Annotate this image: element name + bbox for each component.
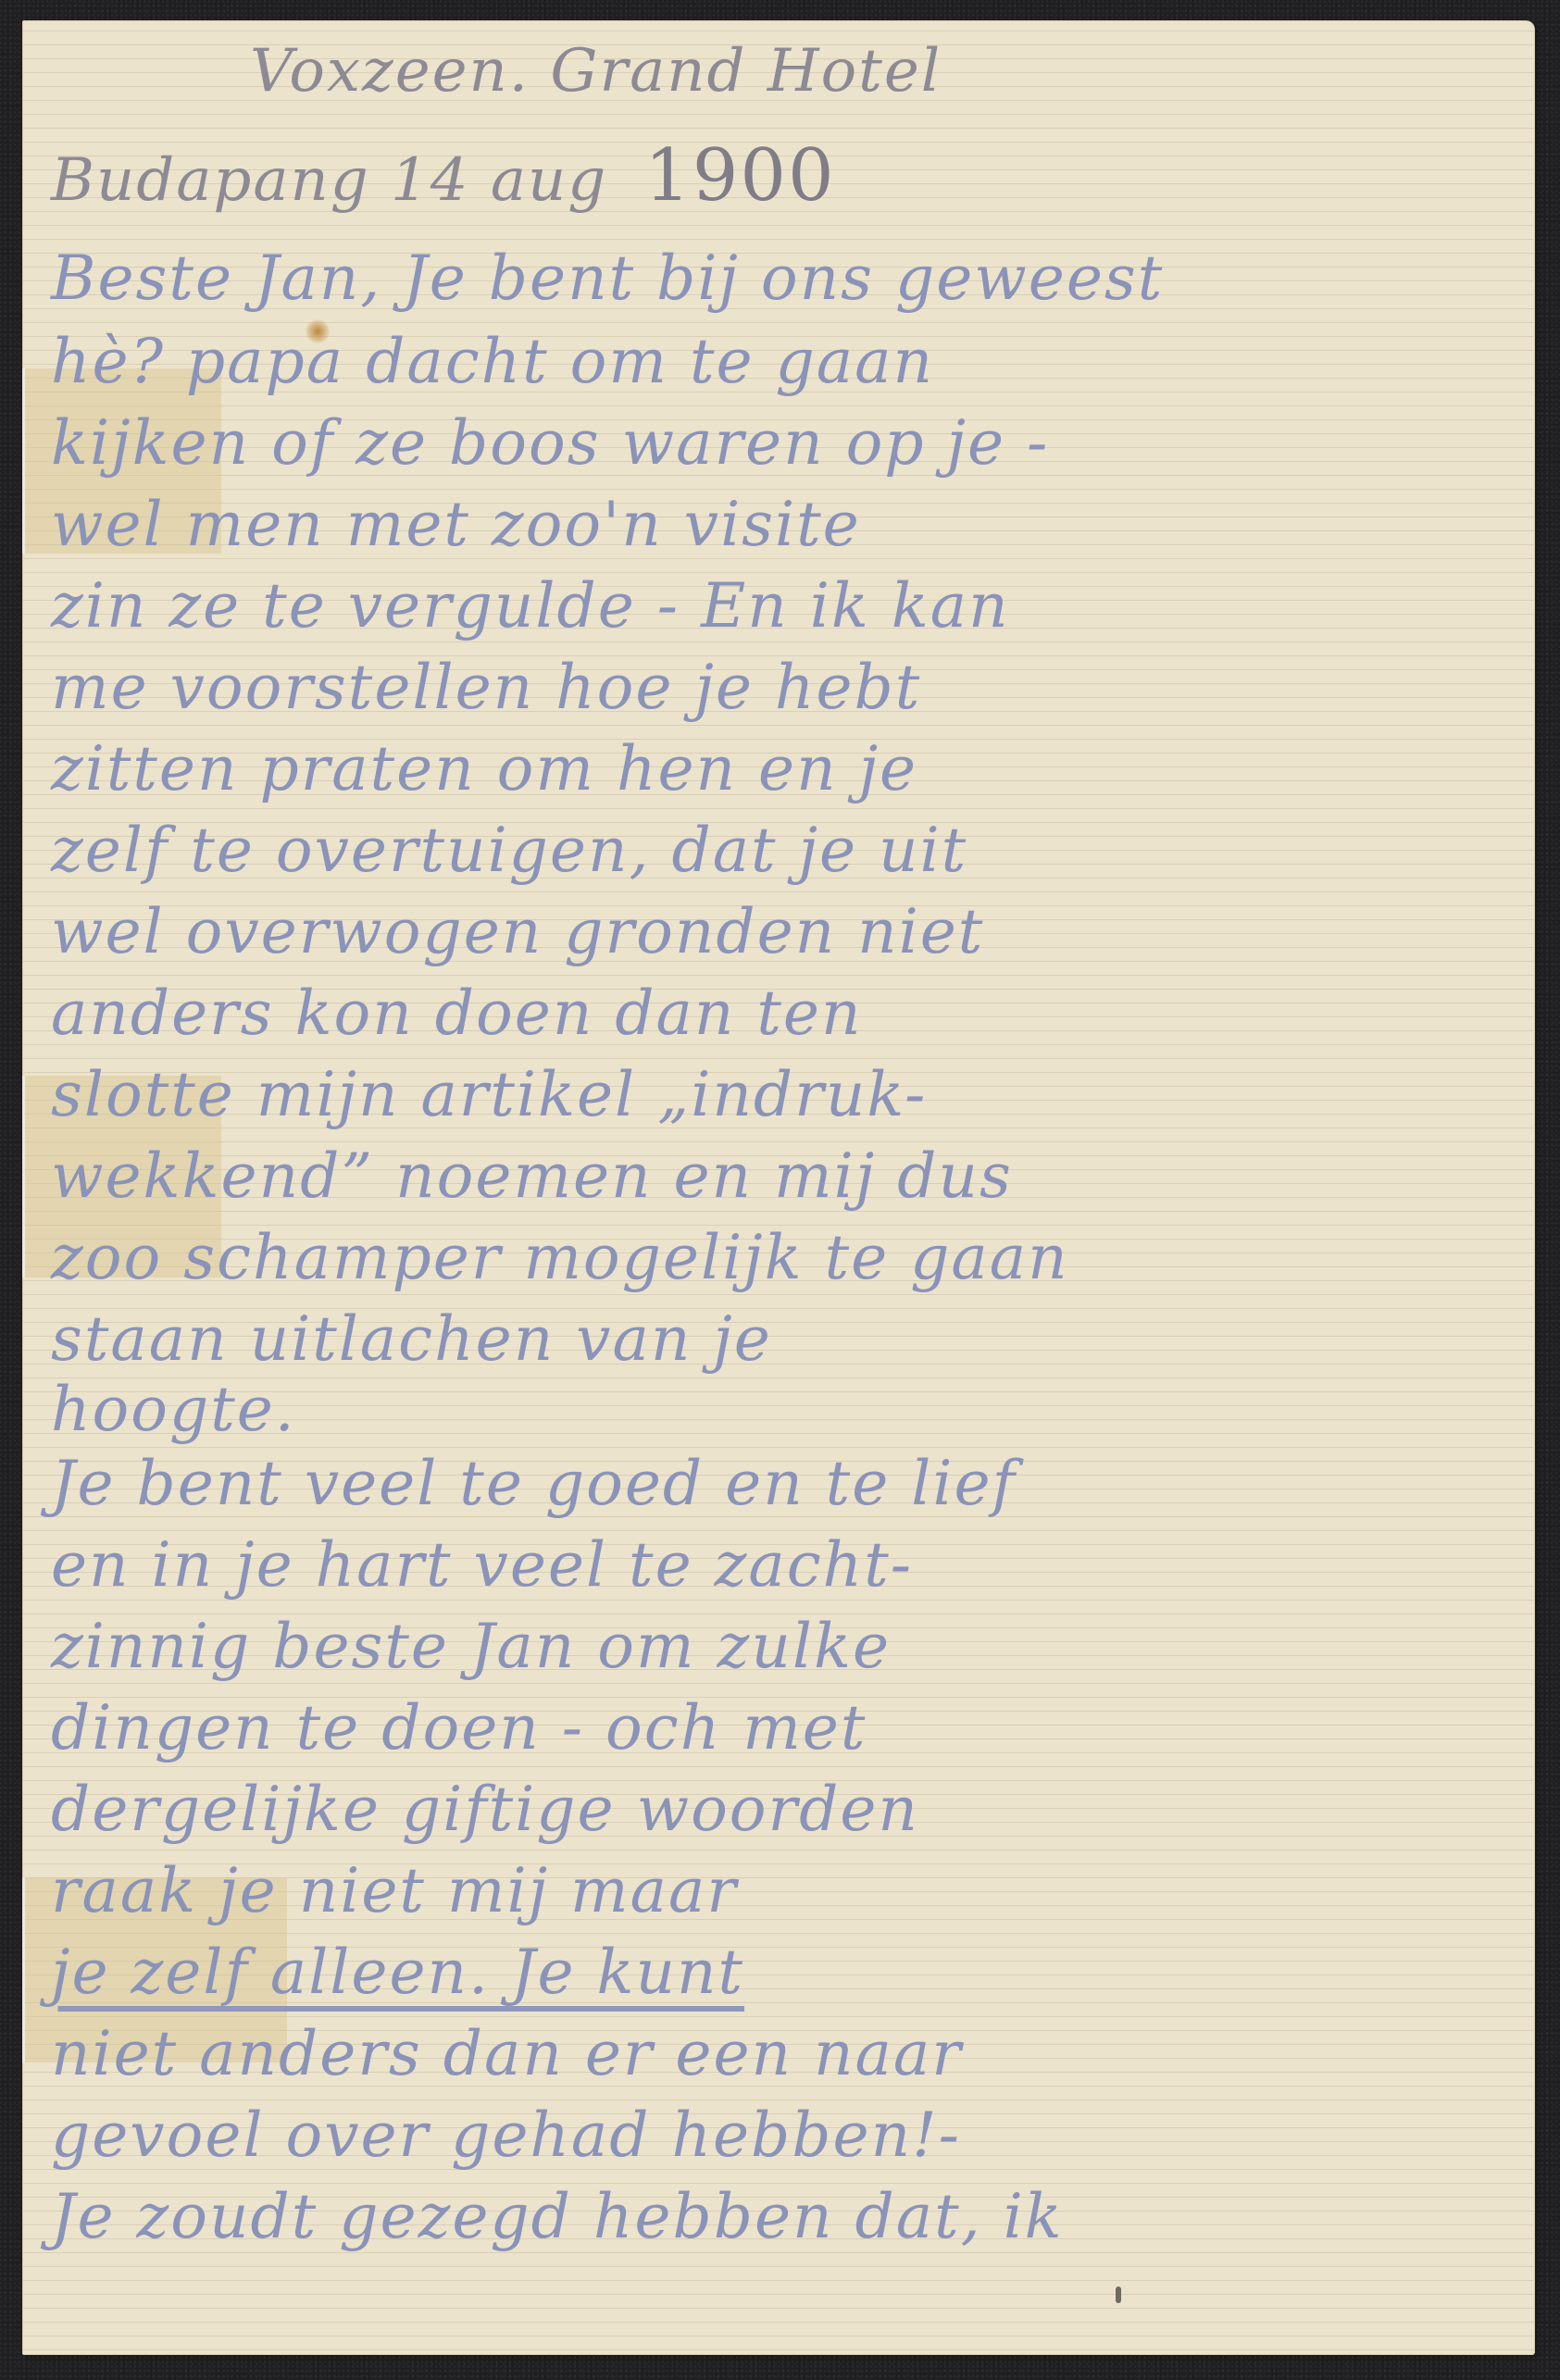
date-line: Budapang 14 aug — [51, 146, 607, 215]
letter-line: zelf te overtuigen, dat je uit — [51, 815, 967, 886]
pin-mark — [1116, 2287, 1121, 2303]
letter-line-text: slotte mijn artikel „indruk- — [51, 1059, 927, 1130]
letter-line: Je bent veel te goed en te lief — [51, 1448, 1017, 1519]
letter-line: gevoel over gehad hebben!- — [51, 2100, 961, 2171]
letter-line: Beste Jan, Je bent bij ons geweest — [51, 243, 1164, 314]
letter-line: zinnig beste Jan om zulke — [51, 1611, 891, 1682]
letter-line: zitten praten om hen en je — [51, 733, 917, 804]
letter-line: zin ze te vergulde - En ik kan — [51, 570, 1010, 642]
letter-line: dergelijke giftige woorden — [51, 1774, 919, 1845]
letter-line: je zelf alleen. Je kunt — [51, 1937, 744, 2008]
letter-line: kijken of ze boos waren op je - — [51, 407, 1049, 479]
letter-line: niet anders dan er een naar — [51, 2018, 963, 2089]
letter-line: wel overwogen gronden niet — [51, 896, 984, 967]
letter-line: en in je hart veel te zacht- — [51, 1529, 913, 1601]
letter-line: slotte mijn artikel „indruk- — [51, 1059, 927, 1130]
letter-line: zoo schamper mogelijk te gaan — [51, 1222, 1069, 1293]
letter-line: dingen te doen - och met — [51, 1692, 867, 1763]
letter-line: anders kon doen dan ten — [51, 978, 862, 1049]
letter-header-place: Voxzeen. Grand Hotel — [250, 37, 942, 106]
letter-line: staan uitlachen van je — [51, 1303, 772, 1375]
letter-line: Je zoudt gezegd hebben dat, ik — [51, 2181, 1064, 2252]
letter-line: hè? papa dacht om te gaan — [51, 326, 934, 397]
letter-line: raak je niet mij maar — [51, 1855, 738, 1926]
letter-line: me voorstellen hoe je hebt — [51, 652, 921, 723]
letter-header-date: Budapang 14 aug1900 — [51, 134, 836, 218]
letter-line: wel men met zoo'n visite — [51, 489, 861, 560]
letter-line: hoogte. — [51, 1374, 296, 1445]
letter-line: wekkend” noemen en mij dus — [51, 1140, 1013, 1212]
year: 1900 — [644, 134, 836, 218]
